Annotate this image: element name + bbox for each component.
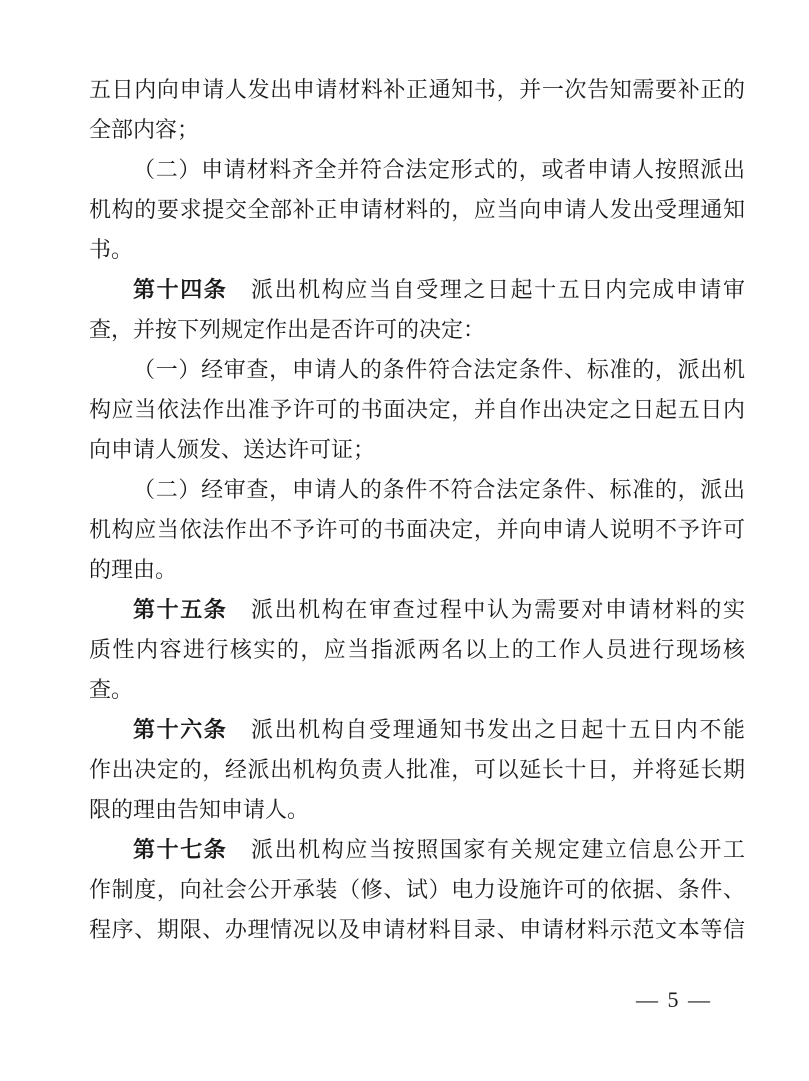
text-segment: （二）经审查，申请人的条件不符合法定条件、标准的，派出 [133,477,745,502]
page-number: — 5 — [636,986,712,1014]
text-line: 作制度，向社会公开承装（修、试）电力设施许可的依据、条件、 [89,870,745,910]
text-segment: 限的理由告知申请人。 [89,797,309,822]
text-line: （二）经审查，申请人的条件不符合法定条件、标准的，派出 [89,470,745,510]
text-line: 构应当依法作出准予许可的书面决定，并自作出决定之日起五日内 [89,390,745,430]
text-segment: 质性内容进行核实的，应当指派两名以上的工作人员进行现场核 [89,637,745,662]
text-line: 限的理由告知申请人。 [89,790,745,830]
text-segment: 作制度，向社会公开承装（修、试）电力设施许可的依据、条件、 [89,877,745,902]
text-line: 全部内容； [89,110,745,150]
text-segment: 五日内向申请人发出申请材料补正通知书，并一次告知需要补正的 [89,77,745,102]
text-line: 向申请人颁发、送达许可证； [89,430,745,470]
text-line: 机构的要求提交全部补正申请材料的，应当向申请人发出受理通知 [89,190,745,230]
text-segment: 作出决定的，经派出机构负责人批准，可以延长十日，并将延长期 [89,757,745,782]
text-line: 第十六条 派出机构自受理通知书发出之日起十五日内不能 [89,710,745,750]
article-heading: 第十四条 [133,277,227,302]
text-segment: 查。 [89,677,133,702]
article-heading: 第十七条 [133,837,227,862]
text-line: 查，并按下列规定作出是否许可的决定： [89,310,745,350]
text-segment: （二）申请材料齐全并符合法定形式的，或者申请人按照派出 [133,157,745,182]
text-segment: 机构应当依法作出不予许可的书面决定，并向申请人说明不予许可 [89,517,745,542]
document-page: 五日内向申请人发出申请材料补正通知书，并一次告知需要补正的全部内容；（二）申请材… [0,0,809,1081]
text-segment: 书。 [89,237,133,262]
text-line: 机构应当依法作出不予许可的书面决定，并向申请人说明不予许可 [89,510,745,550]
text-segment: 派出机构应当自受理之日起十五日内完成申请审 [227,277,745,302]
text-line: 质性内容进行核实的，应当指派两名以上的工作人员进行现场核 [89,630,745,670]
text-segment: 查，并按下列规定作出是否许可的决定： [89,317,485,342]
text-segment: 程序、期限、办理情况以及申请材料目录、申请材料示范文本等信 [89,917,745,942]
article-heading: 第十六条 [133,717,227,742]
text-line: 书。 [89,230,745,270]
text-line: （二）申请材料齐全并符合法定形式的，或者申请人按照派出 [89,150,745,190]
text-segment: 向申请人颁发、送达许可证； [89,437,375,462]
text-line: 第十五条 派出机构在审查过程中认为需要对申请材料的实 [89,590,745,630]
text-segment: 派出机构应当按照国家有关规定建立信息公开工 [227,837,745,862]
text-line: 五日内向申请人发出申请材料补正通知书，并一次告知需要补正的 [89,70,745,110]
text-line: （一）经审查，申请人的条件符合法定条件、标准的，派出机 [89,350,745,390]
text-line: 查。 [89,670,745,710]
text-segment: （一）经审查，申请人的条件符合法定条件、标准的，派出机 [133,357,745,382]
text-line: 作出决定的，经派出机构负责人批准，可以延长十日，并将延长期 [89,750,745,790]
text-line: 的理由。 [89,550,745,590]
text-line: 程序、期限、办理情况以及申请材料目录、申请材料示范文本等信 [89,910,745,950]
article-heading: 第十五条 [133,597,227,622]
text-segment: 派出机构自受理通知书发出之日起十五日内不能 [227,717,745,742]
text-line: 第十四条 派出机构应当自受理之日起十五日内完成申请审 [89,270,745,310]
text-segment: 构应当依法作出准予许可的书面决定，并自作出决定之日起五日内 [89,397,745,422]
text-segment: 派出机构在审查过程中认为需要对申请材料的实 [227,597,745,622]
text-segment: 的理由。 [89,557,177,582]
document-body: 五日内向申请人发出申请材料补正通知书，并一次告知需要补正的全部内容；（二）申请材… [89,70,745,950]
text-segment: 机构的要求提交全部补正申请材料的，应当向申请人发出受理通知 [89,197,745,222]
text-line: 第十七条 派出机构应当按照国家有关规定建立信息公开工 [89,830,745,870]
text-segment: 全部内容； [89,117,199,142]
